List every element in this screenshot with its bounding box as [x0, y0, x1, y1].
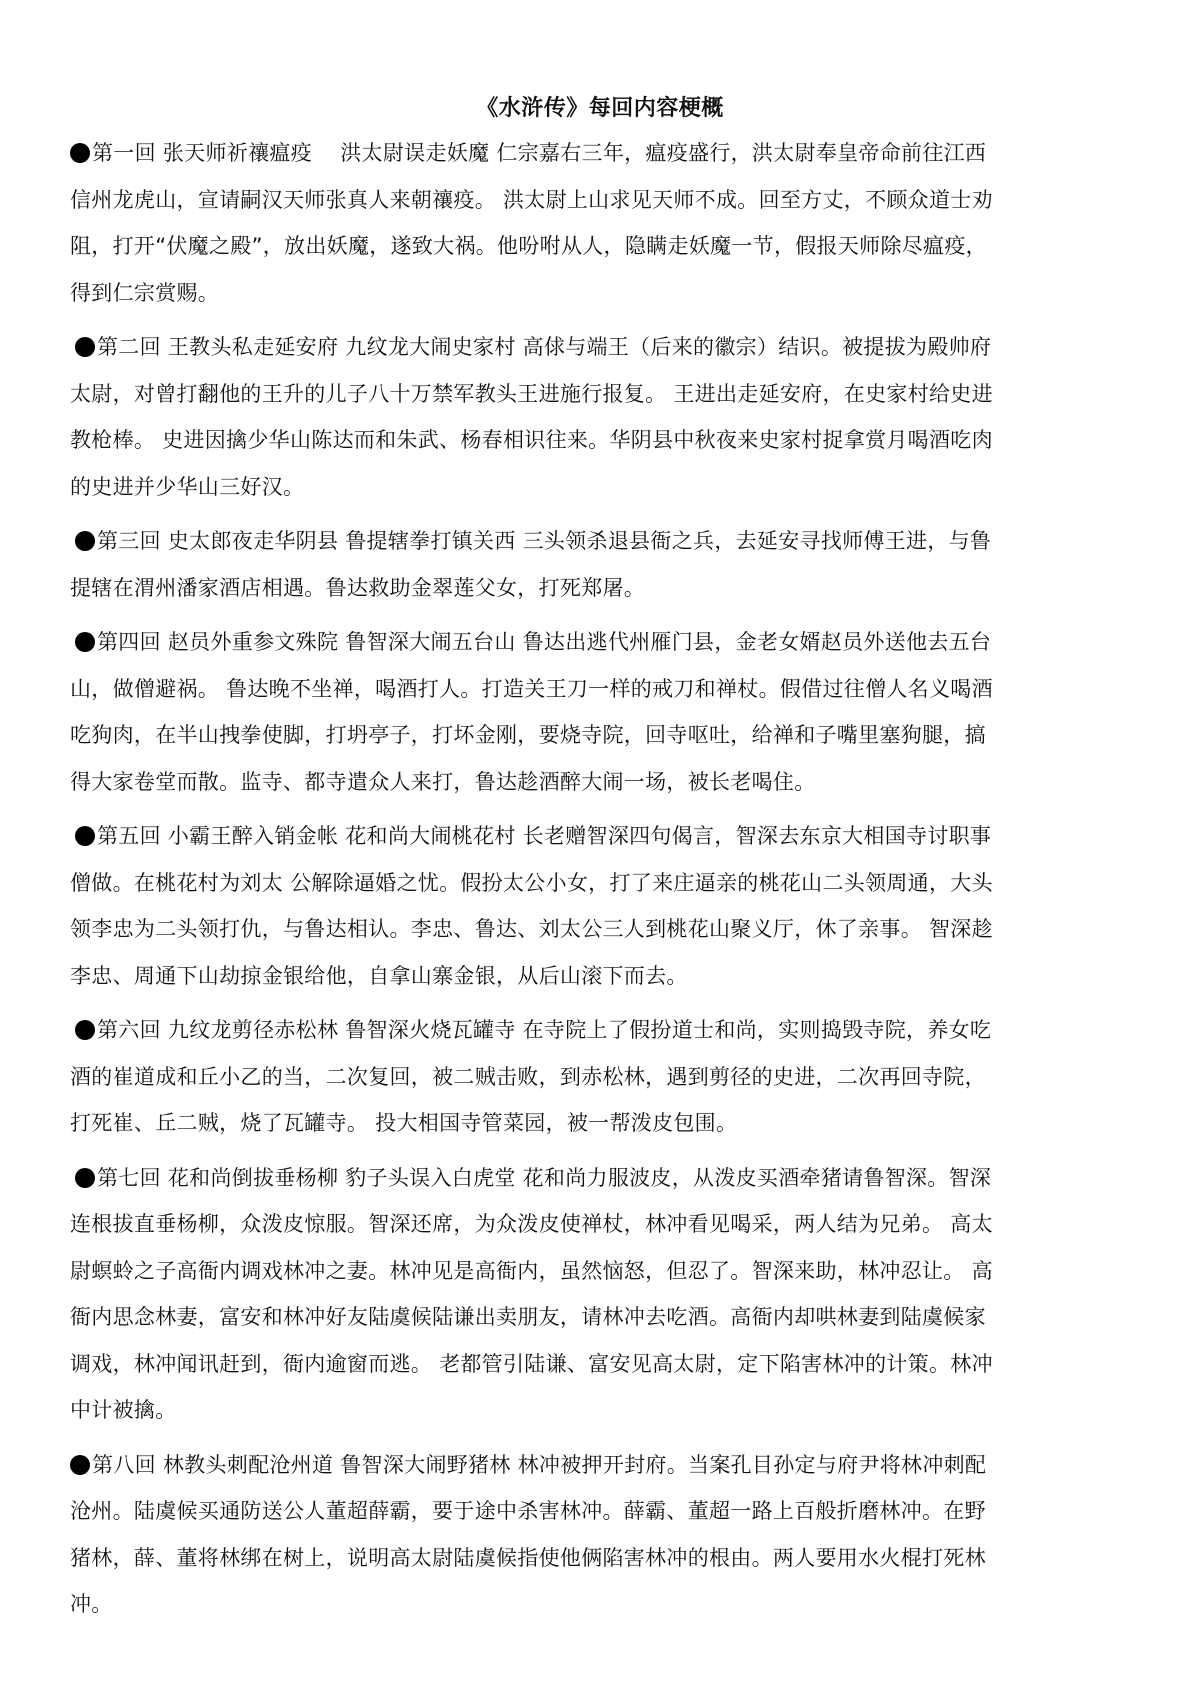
document-page: 《水浒传》每回内容梗概 第一回 张天师祈禳瘟疫 洪太尉误走妖魔 仁宗嘉右三年，瘟… [70, 92, 1130, 1636]
chapter-section: 第二回 王教头私走延安府 九纹龙大闹史家村 高俅与端王（后来的徽宗）结识。被提拔… [70, 324, 1130, 510]
line-text: 第二回 王教头私走延安府 九纹龙大闹史家村 高俅与端王（后来的徽宗）结识。被提拔… [97, 335, 991, 359]
line-text: 调戏，林冲闻讯赶到，衙内逾窗而逃。 老都管引陆谦、富安见高太尉，定下陷害林冲的计… [70, 1352, 993, 1376]
chapter-section: 第一回 张天师祈禳瘟疫 洪太尉误走妖魔 仁宗嘉右三年，瘟疫盛行，洪太尉奉皇帝命前… [70, 130, 1130, 316]
line-text: 山，做僧避祸。 鲁达晚不坐禅，喝酒打人。打造关王刀一样的戒刀和禅杖。假借过往僧人… [70, 677, 993, 701]
line-text: 僧做。在桃花村为刘太 公解除逼婚之忧。假扮太公小女，打了来庄逼亲的桃花山二头领周… [70, 871, 993, 895]
line-text: 提辖在渭州潘家酒店相遇。鲁达救助金翠莲父女，打死郑屠。 [70, 576, 645, 600]
line-text: 李忠、周通下山劫掠金银给他，自拿山寨金银，从后山滚下而去。 [70, 964, 688, 988]
line-text: 中计被擒。 [70, 1398, 177, 1422]
chapter-section: 第六回 九纹龙剪径赤松林 鲁智深火烧瓦罐寺 在寺院上了假扮道士和尚，实则捣毁寺院… [70, 1007, 1130, 1147]
line-text: 第三回 史太郎夜走华阴县 鲁提辖拳打镇关西 三头领杀退县衙之兵，去延安寻找师傅王… [97, 529, 991, 553]
chapter-text-line: 酒的崔道成和丘小乙的当，二次复回，被二贼击败，到赤松林，遇到剪径的史进，二次再回… [70, 1054, 1130, 1101]
chapter-text-line: 李忠、周通下山劫掠金银给他，自拿山寨金银，从后山滚下而去。 [70, 953, 1130, 1000]
chapter-heading-line: 第三回 史太郎夜走华阴县 鲁提辖拳打镇关西 三头领杀退县衙之兵，去延安寻找师傅王… [70, 518, 1130, 565]
chapter-text-line: 阻，打开“伏魔之殿”，放出妖魔，遂致大祸。他吩咐从人，隐瞒走妖魔一节，假报天师除… [70, 223, 1130, 270]
line-text: 领李忠为二头领打仇，与鲁达相认。李忠、鲁达、刘太公三人到桃花山聚义厅，休了亲事。… [70, 917, 993, 941]
line-text: 冲。 [70, 1592, 113, 1616]
line-text: 第五回 小霸王醉入销金帐 花和尚大闹桃花村 长老赠智深四句偈言，智深去东京大相国… [97, 824, 991, 848]
chapter-text-line: 山，做僧避祸。 鲁达晚不坐禅，喝酒打人。打造关王刀一样的戒刀和禅杖。假借过往僧人… [70, 666, 1130, 713]
chapter-text-line: 衙内思念林妻，富安和林冲好友陆虞候陆谦出卖朋友，请林冲去吃酒。高衙内却哄林妻到陆… [70, 1294, 1130, 1341]
line-text: 得到仁宗赏赐。 [70, 281, 219, 305]
line-text: 教枪棒。 史进因擒少华山陈达而和朱武、杨春相识往来。华阴县中秋夜来史家村捉拿赏月… [70, 428, 993, 452]
chapter-text-line: 提辖在渭州潘家酒店相遇。鲁达救助金翠莲父女，打死郑屠。 [70, 565, 1130, 612]
line-text: 第六回 九纹龙剪径赤松林 鲁智深火烧瓦罐寺 在寺院上了假扮道士和尚，实则捣毁寺院… [97, 1018, 991, 1042]
chapter-text-line: 连根拔直垂杨柳，众泼皮惊服。智深还席，为众泼皮使禅杖，林冲看见喝采，两人结为兄弟… [70, 1201, 1130, 1248]
line-text: 第七回 花和尚倒拔垂杨柳 豹子头误入白虎堂 花和尚力服波皮，从泼皮买酒牵猪请鲁智… [97, 1166, 991, 1190]
chapter-text-line: 尉螟蛉之子高衙内调戏林冲之妻。林冲见是高衙内，虽然恼怒，但忍了。智深来助，林冲忍… [70, 1248, 1130, 1295]
line-text: 第四回 赵员外重参文殊院 鲁智深大闹五台山 鲁达出逃代州雁门县，金老女婿赵员外送… [97, 630, 991, 654]
chapter-text-line: 的史进并少华山三好汉。 [70, 464, 1130, 511]
line-text: 尉螟蛉之子高衙内调戏林冲之妻。林冲见是高衙内，虽然恼怒，但忍了。智深来助，林冲忍… [70, 1259, 993, 1283]
line-text: 打死崔、丘二贼，烧了瓦罐寺。 投大相国寺管菜园，被一帮泼皮包围。 [70, 1111, 737, 1135]
chapter-list: 第一回 张天师祈禳瘟疫 洪太尉误走妖魔 仁宗嘉右三年，瘟疫盛行，洪太尉奉皇帝命前… [70, 130, 1130, 1628]
line-text: 信州龙虎山，宣请嗣汉天师张真人来朝禳疫。 洪太尉上山求见天师不成。回至方丈，不顾… [70, 188, 993, 212]
chapter-text-line: 中计被擒。 [70, 1387, 1130, 1434]
chapter-heading-line: 第六回 九纹龙剪径赤松林 鲁智深火烧瓦罐寺 在寺院上了假扮道士和尚，实则捣毁寺院… [70, 1007, 1130, 1054]
line-text: 的史进并少华山三好汉。 [70, 475, 304, 499]
bullet-icon [75, 337, 95, 357]
line-text: 第八回 林教头刺配沧州道 鲁智深大闹野猪林 林冲被押开封府。当案孔目孙定与府尹将… [92, 1453, 986, 1477]
chapter-text-line: 吃狗肉，在半山拽拳使脚，打坍亭子，打坏金刚，要烧寺院，回寺呕吐，给禅和子嘴里塞狗… [70, 712, 1130, 759]
line-text: 衙内思念林妻，富安和林冲好友陆虞候陆谦出卖朋友，请林冲去吃酒。高衙内却哄林妻到陆… [70, 1305, 986, 1329]
chapter-heading-line: 第八回 林教头刺配沧州道 鲁智深大闹野猪林 林冲被押开封府。当案孔目孙定与府尹将… [70, 1442, 1130, 1489]
chapter-text-line: 领李忠为二头领打仇，与鲁达相认。李忠、鲁达、刘太公三人到桃花山聚义厅，休了亲事。… [70, 906, 1130, 953]
line-text: 酒的崔道成和丘小乙的当，二次复回，被二贼击败，到赤松林，遇到剪径的史进，二次再回… [70, 1065, 986, 1089]
chapter-section: 第七回 花和尚倒拔垂杨柳 豹子头误入白虎堂 花和尚力服波皮，从泼皮买酒牵猪请鲁智… [70, 1155, 1130, 1434]
chapter-section: 第三回 史太郎夜走华阴县 鲁提辖拳打镇关西 三头领杀退县衙之兵，去延安寻找师傅王… [70, 518, 1130, 611]
chapter-section: 第五回 小霸王醉入销金帐 花和尚大闹桃花村 长老赠智深四句偈言，智深去东京大相国… [70, 813, 1130, 999]
bullet-icon [75, 826, 95, 846]
chapter-text-line: 僧做。在桃花村为刘太 公解除逼婚之忧。假扮太公小女，打了来庄逼亲的桃花山二头领周… [70, 860, 1130, 907]
chapter-heading-line: 第二回 王教头私走延安府 九纹龙大闹史家村 高俅与端王（后来的徽宗）结识。被提拔… [70, 324, 1130, 371]
line-text: 得大家卷堂而散。监寺、都寺遣众人来打，鲁达趁酒醉大闹一场，被长老喝住。 [70, 770, 816, 794]
chapter-text-line: 教枪棒。 史进因擒少华山陈达而和朱武、杨春相识往来。华阴县中秋夜来史家村捉拿赏月… [70, 417, 1130, 464]
chapter-text-line: 得大家卷堂而散。监寺、都寺遣众人来打，鲁达趁酒醉大闹一场，被长老喝住。 [70, 759, 1130, 806]
chapter-section: 第八回 林教头刺配沧州道 鲁智深大闹野猪林 林冲被押开封府。当案孔目孙定与府尹将… [70, 1442, 1130, 1628]
chapter-text-line: 信州龙虎山，宣请嗣汉天师张真人来朝禳疫。 洪太尉上山求见天师不成。回至方丈，不顾… [70, 177, 1130, 224]
line-text: 太尉，对曾打翻他的王升的儿子八十万禁军教头王进施行报复。 王进出走延安府，在史家… [70, 382, 993, 406]
line-text: 猪林，薛、董将林绑在树上，说明高太尉陆虞候指使他俩陷害林冲的根由。两人要用水火棍… [70, 1546, 986, 1570]
line-text: 吃狗肉，在半山拽拳使脚，打坍亭子，打坏金刚，要烧寺院，回寺呕吐，给禅和子嘴里塞狗… [70, 723, 986, 747]
line-text: 第一回 张天师祈禳瘟疫 洪太尉误走妖魔 仁宗嘉右三年，瘟疫盛行，洪太尉奉皇帝命前… [92, 141, 986, 165]
chapter-section: 第四回 赵员外重参文殊院 鲁智深大闹五台山 鲁达出逃代州雁门县，金老女婿赵员外送… [70, 619, 1130, 805]
chapter-heading-line: 第一回 张天师祈禳瘟疫 洪太尉误走妖魔 仁宗嘉右三年，瘟疫盛行，洪太尉奉皇帝命前… [70, 130, 1130, 177]
document-title: 《水浒传》每回内容梗概 [70, 92, 1130, 126]
bullet-icon [70, 143, 90, 163]
chapter-heading-line: 第五回 小霸王醉入销金帐 花和尚大闹桃花村 长老赠智深四句偈言，智深去东京大相国… [70, 813, 1130, 860]
bullet-icon [75, 531, 95, 551]
chapter-text-line: 打死崔、丘二贼，烧了瓦罐寺。 投大相国寺管菜园，被一帮泼皮包围。 [70, 1100, 1130, 1147]
bullet-icon [75, 1168, 95, 1188]
chapter-heading-line: 第七回 花和尚倒拔垂杨柳 豹子头误入白虎堂 花和尚力服波皮，从泼皮买酒牵猪请鲁智… [70, 1155, 1130, 1202]
bullet-icon [75, 632, 95, 652]
bullet-icon [75, 1020, 95, 1040]
line-text: 阻，打开“伏魔之殿”，放出妖魔，遂致大祸。他吩咐从人，隐瞒走妖魔一节，假报天师除… [70, 234, 987, 258]
chapter-text-line: 调戏，林冲闻讯赶到，衙内逾窗而逃。 老都管引陆谦、富安见高太尉，定下陷害林冲的计… [70, 1341, 1130, 1388]
line-text: 沧州。陆虞候买通防送公人董超薛霸，要于途中杀害林冲。薛霸、董超一路上百般折磨林冲… [70, 1499, 986, 1523]
chapter-text-line: 猪林，薛、董将林绑在树上，说明高太尉陆虞候指使他俩陷害林冲的根由。两人要用水火棍… [70, 1535, 1130, 1582]
chapter-text-line: 沧州。陆虞候买通防送公人董超薛霸，要于途中杀害林冲。薛霸、董超一路上百般折磨林冲… [70, 1488, 1130, 1535]
chapter-text-line: 太尉，对曾打翻他的王升的儿子八十万禁军教头王进施行报复。 王进出走延安府，在史家… [70, 371, 1130, 418]
line-text: 连根拔直垂杨柳，众泼皮惊服。智深还席，为众泼皮使禅杖，林冲看见喝采，两人结为兄弟… [70, 1212, 993, 1236]
bullet-icon [70, 1455, 90, 1475]
chapter-text-line: 冲。 [70, 1581, 1130, 1628]
chapter-text-line: 得到仁宗赏赐。 [70, 270, 1130, 317]
chapter-heading-line: 第四回 赵员外重参文殊院 鲁智深大闹五台山 鲁达出逃代州雁门县，金老女婿赵员外送… [70, 619, 1130, 666]
